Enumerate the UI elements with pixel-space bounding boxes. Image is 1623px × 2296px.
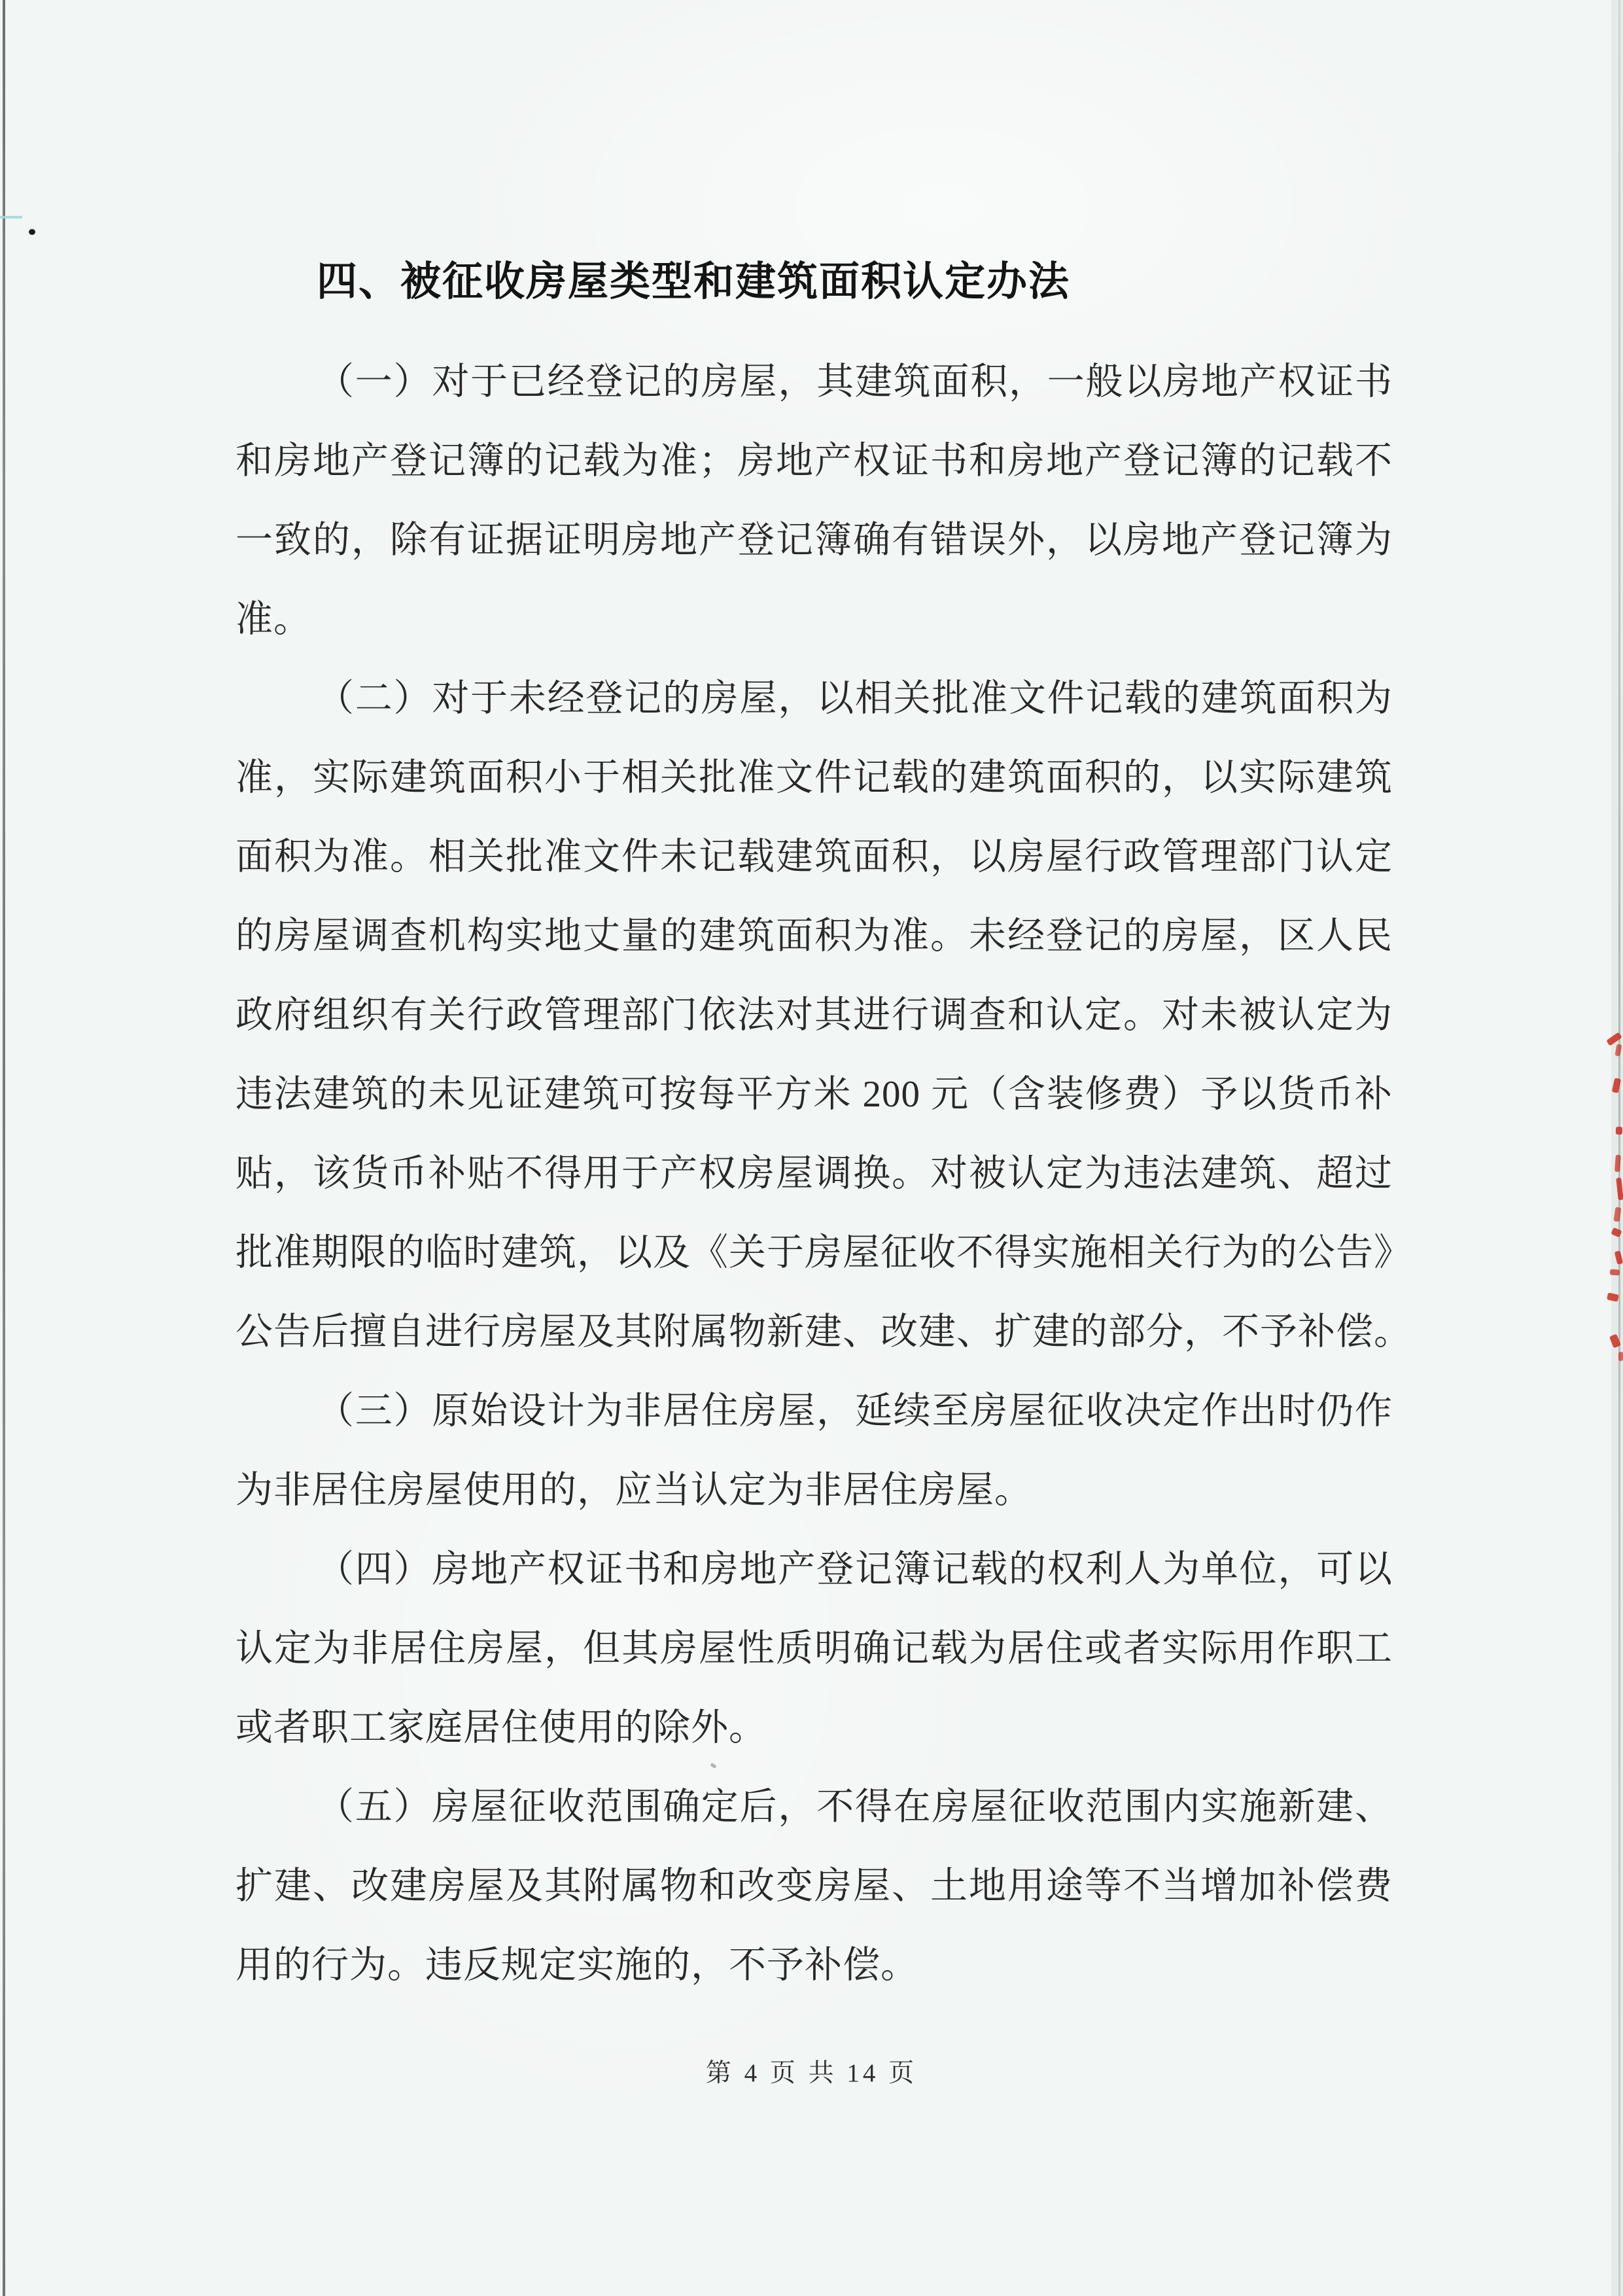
text-line: （四）房地产权证书和房地产登记簿记载的权利人为单位，可以 xyxy=(236,1530,1393,1609)
text-line: 一致的，除有证据证明房地产登记簿确有错误外，以房地产登记簿为 xyxy=(236,501,1393,580)
text-line: 认定为非居住房屋，但其房屋性质明确记载为居住或者实际用作职工 xyxy=(236,1609,1393,1688)
text-line: 的房屋调查机构实地丈量的建筑面积为准。未经登记的房屋，区人民 xyxy=(236,896,1393,976)
paragraph-3: （三）原始设计为非居住房屋，延续至房屋征收决定作出时仍作 为非居住房屋使用的，应… xyxy=(236,1371,1393,1530)
right-scan-edge-line xyxy=(1618,0,1620,2296)
left-scan-edge-line xyxy=(3,0,5,2296)
text-line: 为非居住房屋使用的，应当认定为非居住房屋。 xyxy=(236,1451,1393,1530)
section-heading: 四、被征收房屋类型和建筑面积认定办法 xyxy=(236,256,1393,308)
text-line: （二）对于未经登记的房屋，以相关批准文件记载的建筑面积为 xyxy=(236,659,1393,738)
paragraph-4: （四）房地产权证书和房地产登记簿记载的权利人为单位，可以 认定为非居住房屋，但其… xyxy=(236,1530,1393,1767)
text-line: 扩建、改建房屋及其附属物和改变房屋、土地用途等不当增加补偿费 xyxy=(236,1846,1393,1926)
document-body: 四、被征收房屋类型和建筑面积认定办法 （一）对于已经登记的房屋，其建筑面积，一般… xyxy=(236,256,1393,2005)
text-line: 政府组织有关行政管理部门依法对其进行调查和认定。对未被认定为 xyxy=(236,976,1393,1055)
paragraph-5: （五）房屋征收范围确定后，不得在房屋征收范围内实施新建、 扩建、改建房屋及其附属… xyxy=(236,1767,1393,2005)
scanned-document-page: 四、被征收房屋类型和建筑面积认定办法 （一）对于已经登记的房屋，其建筑面积，一般… xyxy=(0,0,1623,2296)
text-line: 公告后擅自进行房屋及其附属物新建、改建、扩建的部分，不予补偿。 xyxy=(236,1292,1393,1371)
text-line: 或者职工家庭居住使用的除外。 xyxy=(236,1688,1393,1767)
text-line: 和房地产登记簿的记载为准；房地产权证书和房地产登记簿的记载不 xyxy=(236,421,1393,501)
text-line: （三）原始设计为非居住房屋，延续至房屋征收决定作出时仍作 xyxy=(236,1371,1393,1451)
ink-dot-mark xyxy=(29,229,35,235)
text-line: 违法建筑的未见证建筑可按每平方米 200 元（含装修费）予以货币补 xyxy=(236,1055,1393,1134)
paragraph-1: （一）对于已经登记的房屋，其建筑面积，一般以房地产权证书 和房地产登记簿的记载为… xyxy=(236,342,1393,659)
text-line: 准，实际建筑面积小于相关批准文件记载的建筑面积的，以实际建筑 xyxy=(236,738,1393,817)
text-line: （一）对于已经登记的房屋，其建筑面积，一般以房地产权证书 xyxy=(236,342,1393,421)
text-line: 用的行为。违反规定实施的，不予补偿。 xyxy=(236,1926,1393,2005)
text-line: （五）房屋征收范围确定后，不得在房屋征收范围内实施新建、 xyxy=(236,1767,1393,1846)
text-line: 批准期限的临时建筑，以及《关于房屋征收不得实施相关行为的公告》 xyxy=(236,1213,1393,1292)
cyan-scan-mark xyxy=(0,216,22,219)
text-line: 准。 xyxy=(236,580,1393,659)
text-line: 面积为准。相关批准文件未记载建筑面积，以房屋行政管理部门认定 xyxy=(236,817,1393,896)
right-scan-band xyxy=(1611,0,1623,2296)
text-line: 贴，该货币补贴不得用于产权房屋调换。对被认定为违法建筑、超过 xyxy=(236,1134,1393,1213)
paragraph-2: （二）对于未经登记的房屋，以相关批准文件记载的建筑面积为 准，实际建筑面积小于相… xyxy=(236,659,1393,1371)
page-footer: 第 4 页 共 14 页 xyxy=(0,2053,1623,2089)
